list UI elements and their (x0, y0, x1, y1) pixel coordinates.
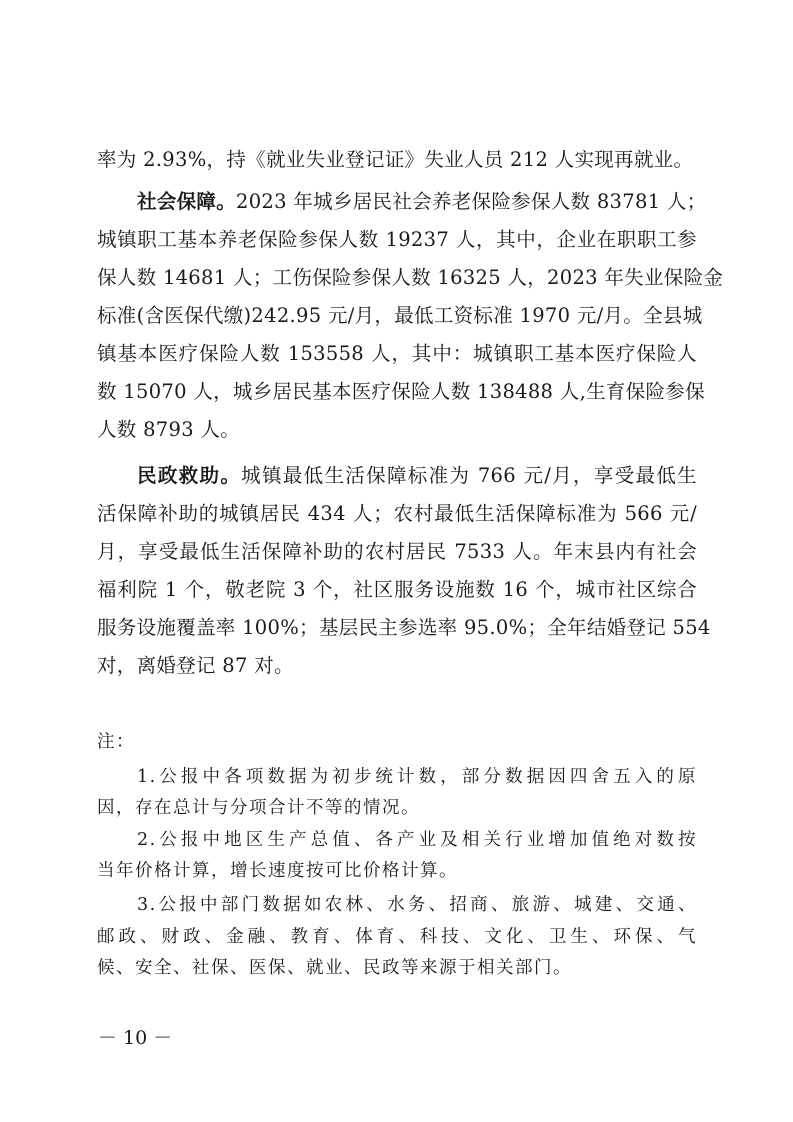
body-text-run: 城镇最低生活保障标准为 766 元/月，享受最低生 (241, 464, 697, 487)
section-heading-social-security: 社会保障。 (137, 190, 236, 213)
note-item-3-line: 3.公报中部门数据如农林、水务、招商、旅游、城建、交通、 (137, 894, 697, 916)
body-text-line: 福利院 1 个，敬老院 3 个，社区服务设施数 16 个，城市社区综合 (97, 578, 697, 602)
note-item-1-line: 因，存在总计与分项合计不等的情况。 (97, 797, 697, 819)
body-text-line: 活保障补助的城镇居民 434 人；农村最低生活保障标准为 566 元/ (97, 502, 697, 526)
body-text-line: 城镇职工基本养老保险参保人数 19237 人，其中，企业在职职工参 (97, 228, 697, 252)
note-item-3-line: 候、安全、社保、医保、就业、民政等来源于相关部门。 (97, 957, 697, 979)
body-text-line: 月，享受最低生活保障补助的农村居民 7533 人。年末县内有社会 (97, 540, 697, 564)
body-text-line: 镇基本医疗保险人数 153558 人，其中：城镇职工基本医疗保险人 (97, 342, 697, 366)
body-text-line: 标准(含医保代缴)242.95 元/月，最低工资标准 1970 元/月。全县城 (97, 304, 697, 328)
section-heading-civil-affairs: 民政救助。 (137, 464, 241, 487)
note-item-1-line: 1.公报中各项数据为初步统计数，部分数据因四舍五入的原 (137, 766, 697, 788)
note-item-2-line: 2.公报中地区生产总值、各产业及相关行业增加值绝对数按 (137, 829, 697, 851)
note-item-3-line: 邮政、财政、金融、教育、体育、科技、文化、卫生、环保、气 (97, 926, 697, 948)
note-item-2-line: 当年价格计算，增长速度按可比价格计算。 (97, 860, 697, 882)
civil-affairs-paragraph-first-line: 民政救助。城镇最低生活保障标准为 766 元/月，享受最低生 (137, 464, 697, 488)
body-text-line: 服务设施覆盖率 100%；基层民主参选率 95.0%；全年结婚登记 554 (97, 616, 697, 640)
body-text-line: 保人数 14681 人；工伤保险参保人数 16325 人，2023 年失业保险金 (97, 266, 697, 290)
document-page: 率为 2.93%，持《就业失业登记证》失业人员 212 人实现再就业。 社会保障… (0, 0, 793, 1122)
body-text-line: 数 15070 人，城乡居民基本医疗保险人数 138488 人,生育保险参保 (97, 380, 697, 404)
body-text-line: 人数 8793 人。 (97, 418, 697, 442)
social-security-paragraph-first-line: 社会保障。2023 年城乡居民社会养老保险参保人数 83781 人； (137, 190, 697, 214)
body-text-line: 率为 2.93%，持《就业失业登记证》失业人员 212 人实现再就业。 (97, 148, 697, 172)
page-number: － 10 － (98, 1026, 172, 1050)
body-text-line: 对，离婚登记 87 对。 (97, 654, 697, 678)
notes-label: 注： (97, 731, 697, 753)
body-text-run: 2023 年城乡居民社会养老保险参保人数 83781 人； (236, 190, 706, 213)
